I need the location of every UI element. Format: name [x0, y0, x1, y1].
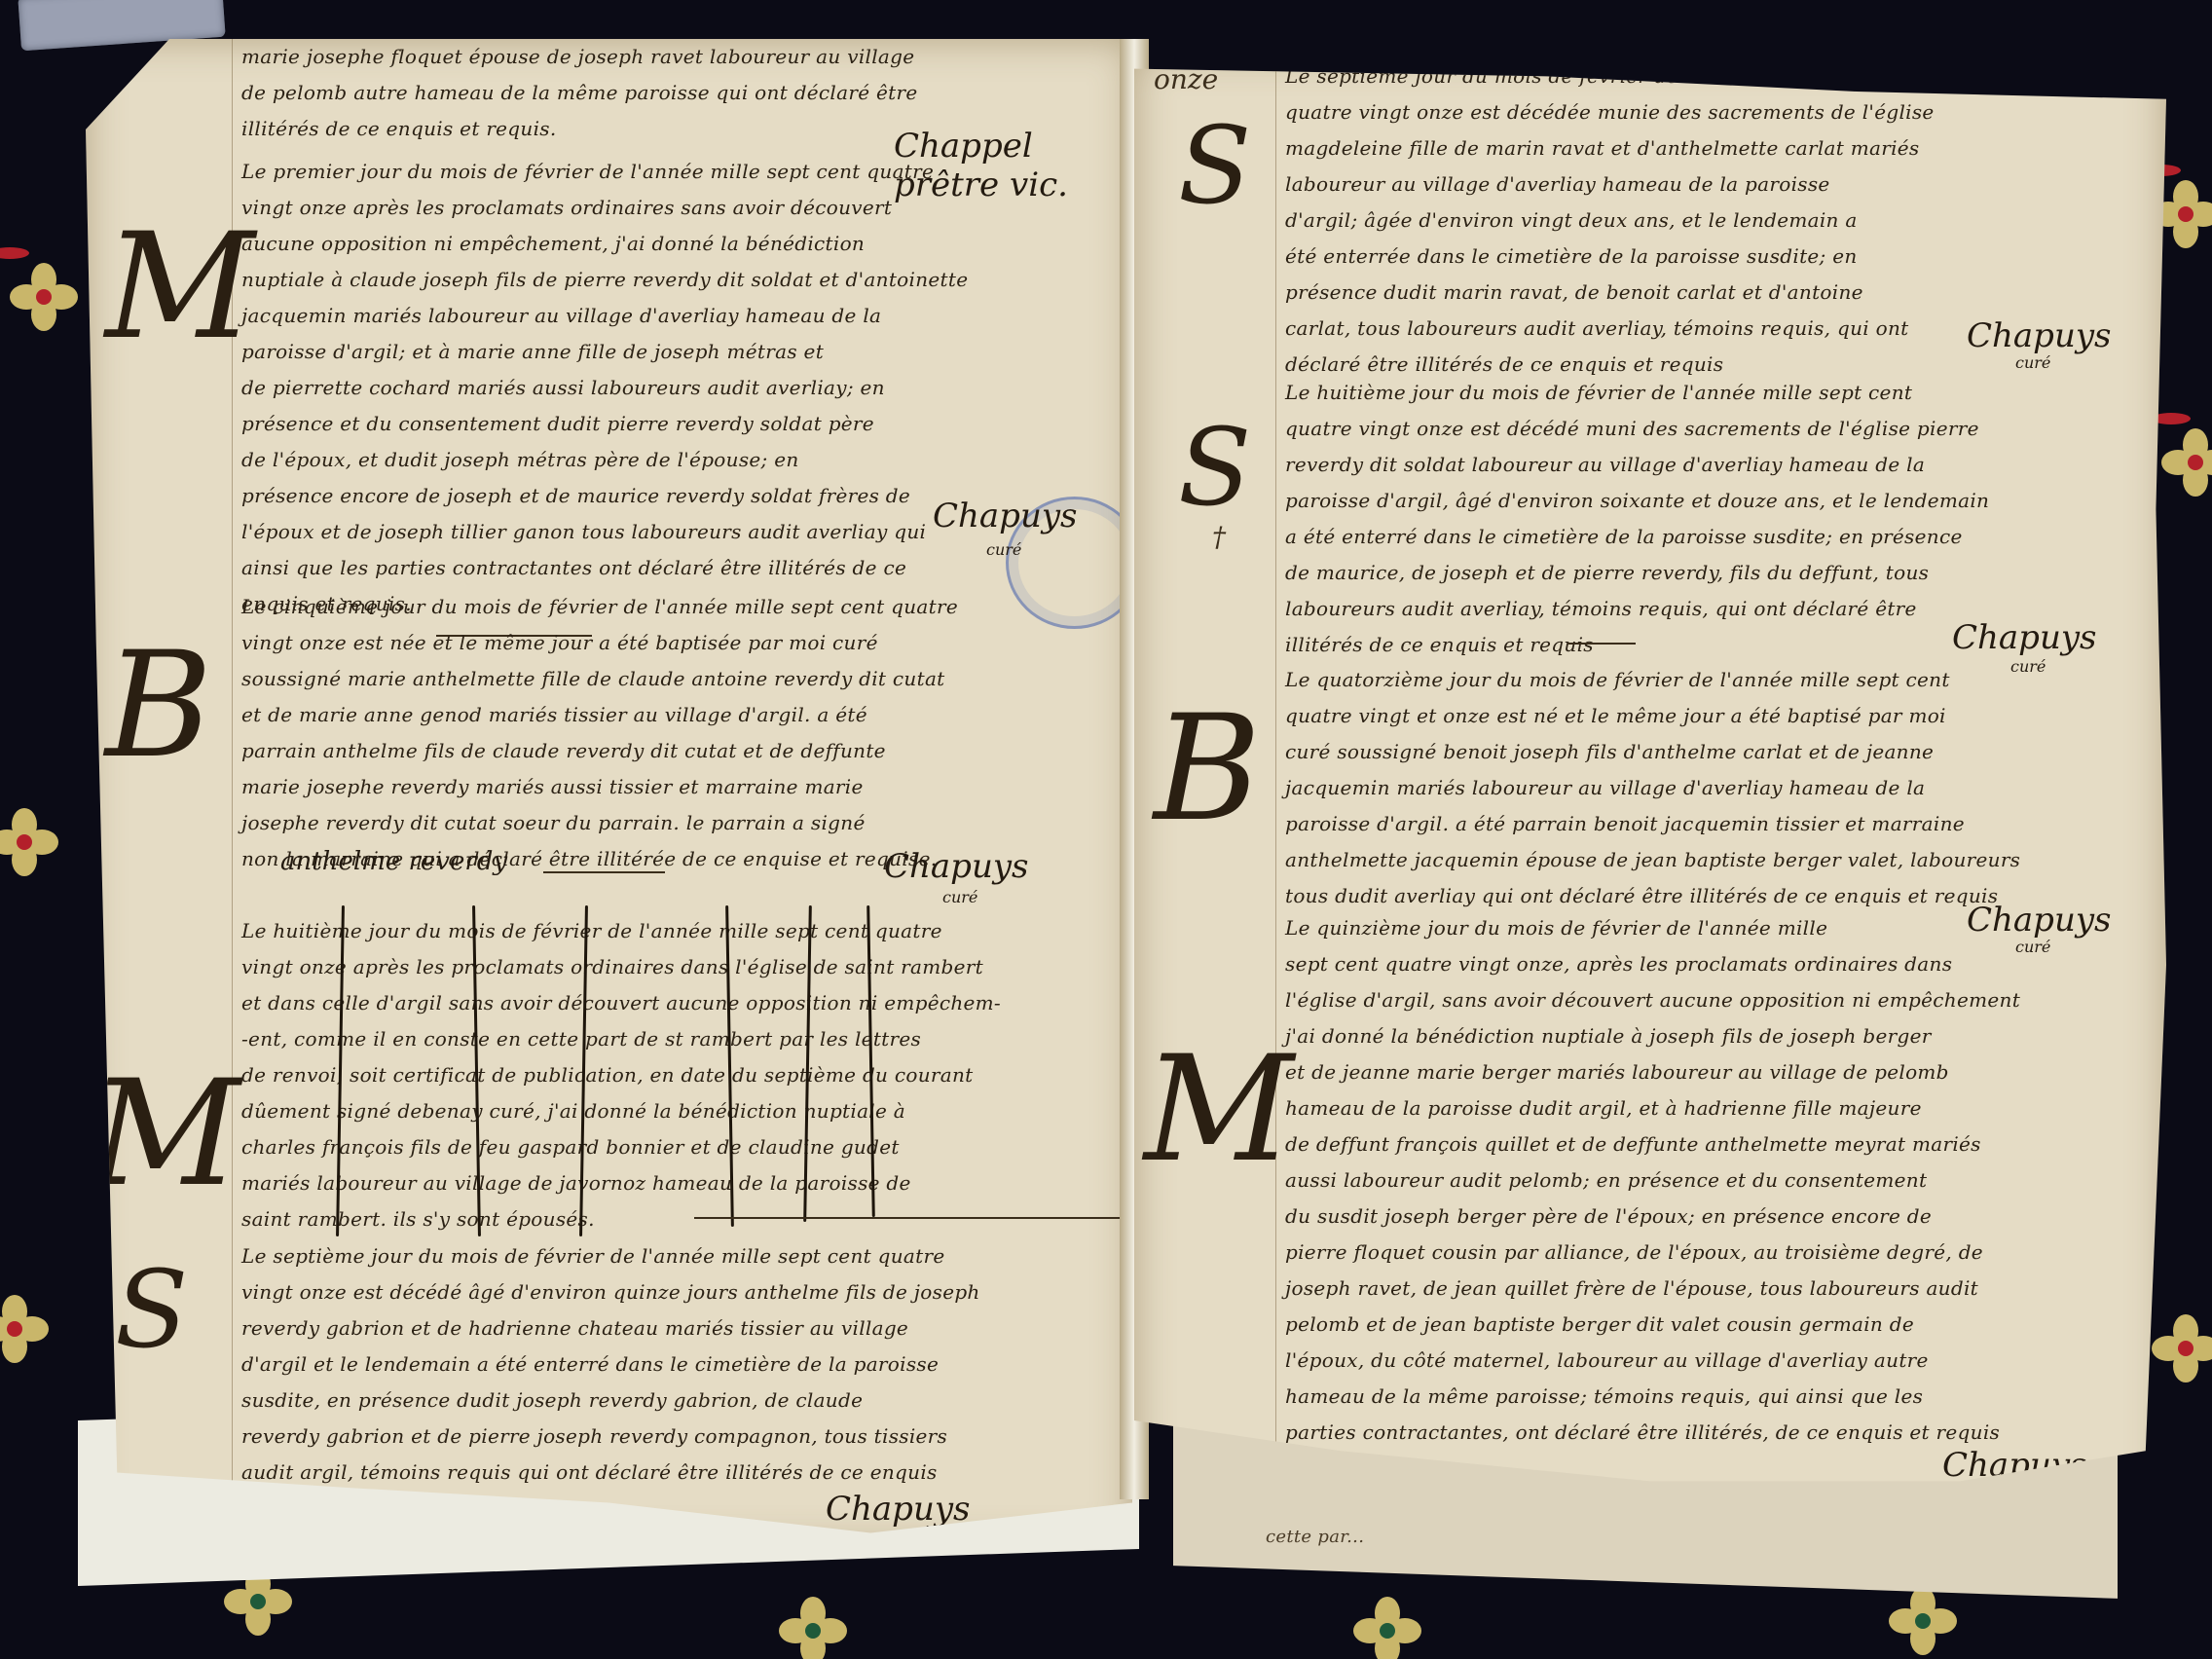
- priest-signature: Chapuys: [1967, 316, 2112, 355]
- strike-through-lines: [86, 905, 1132, 1236]
- cloth-flower-icon: [2152, 1314, 2212, 1382]
- entry-line: parrain anthelme fils de claude reverdy …: [241, 733, 1118, 769]
- entry-line: pierre floquet cousin par alliance, de l…: [1285, 1235, 2142, 1271]
- entry-line: Le cinquième jour du mois de février de …: [241, 589, 1118, 625]
- entry-line: sept cent quatre vingt onze, après les p…: [1285, 946, 2142, 982]
- entry-line: Le quinzième jour du mois de février de …: [1285, 910, 2142, 946]
- entry-line: Le huitième jour du mois de février de l…: [1285, 375, 2142, 411]
- cloth-flower-icon: [2161, 428, 2212, 497]
- register-page-left: marie josephe floquet épouse de joseph r…: [86, 39, 1132, 1548]
- entry-line: josephe reverdy dit cutat soeur du parra…: [241, 805, 1118, 841]
- entry-line: présence et du consentement dudit pierre…: [241, 406, 1118, 442]
- entry-line: soussigné marie anthelmette fille de cla…: [241, 661, 1118, 697]
- margin-letter-burial: S: [1178, 112, 1251, 219]
- entry-line: du susdit joseph berger père de l'époux;…: [1285, 1198, 2142, 1235]
- entry-line: joseph ravet, de jean quillet frère de l…: [1285, 1271, 2142, 1307]
- divider-rule: [543, 871, 665, 873]
- entry-line: nuptiale à claude joseph fils de pierre …: [241, 262, 1118, 298]
- entry-line: magdeleine fille de marin ravat et d'ant…: [1285, 130, 2142, 166]
- cloth-flower-icon: [10, 263, 78, 331]
- entry-line: vingt onze est décédé âgé d'environ quin…: [241, 1274, 1118, 1310]
- entry-line: l'église d'argil, sans avoir découvert a…: [1285, 982, 2142, 1018]
- cross-mark-icon: †: [1212, 521, 1226, 553]
- godparent-signature: anthelme reverdy: [280, 847, 507, 876]
- entry-line: de maurice, de joseph et de pierre rever…: [1285, 555, 2142, 591]
- bottom-fragment-text: cette par...: [1266, 1519, 1558, 1555]
- priest-signature: Chapuys: [1952, 618, 2097, 657]
- entry-line: anthelmette jacquemin épouse de jean bap…: [1285, 842, 2142, 878]
- entry-line: vingt onze après les proclamats ordinair…: [241, 190, 1118, 226]
- register-entry-burial: Le septième jour du mois de février de l…: [241, 1238, 1118, 1527]
- priest-signature: Chapuys: [826, 1490, 971, 1529]
- entry-line: Le septième jour du mois de février de l…: [241, 1238, 1118, 1274]
- margin-letter-baptism: B: [105, 633, 212, 779]
- entry-line: reverdy dit soldat laboureur au village …: [1285, 447, 2142, 483]
- divider-rule: [1567, 643, 1636, 645]
- entry-line: présence dudit marin ravat, de benoit ca…: [1285, 275, 2142, 311]
- entry-line: reverdy gabrion et de hadrienne chateau …: [241, 1310, 1118, 1346]
- entry-line: j'ai donné la bénédiction nuptiale à jos…: [1285, 1018, 2142, 1054]
- cloth-flower-icon: [0, 1295, 49, 1363]
- entry-line: d'argil et le lendemain a été enterré da…: [241, 1346, 1118, 1382]
- margin-letter-burial: S: [1178, 414, 1251, 521]
- priest-title: curé: [942, 888, 977, 906]
- entry-line: paroisse d'argil. a été parrain benoit j…: [1285, 806, 2142, 842]
- entry-line: marie josephe floquet épouse de joseph r…: [241, 39, 1118, 75]
- margin-letter-burial: S: [115, 1256, 188, 1363]
- entry-line: et de marie anne genod mariés tissier au…: [241, 697, 1118, 733]
- entry-line: quatre vingt onze est décédée munie des …: [1285, 94, 2142, 130]
- register-entry-baptism: Le cinquième jour du mois de février de …: [241, 589, 1118, 877]
- priest-title: curé: [2015, 353, 2050, 372]
- entry-line: curé soussigné benoit joseph fils d'anth…: [1285, 734, 2142, 770]
- entry-line: de deffunt françois quillet et de deffun…: [1285, 1126, 2142, 1162]
- entry-line: paroisse d'argil; et à marie anne fille …: [241, 334, 1118, 370]
- cloth-flower-icon: [1889, 1587, 1957, 1655]
- entry-line: de l'époux, et dudit joseph métras père …: [241, 442, 1118, 478]
- margin-rule: [1275, 54, 1276, 1572]
- entry-line: quatre vingt onze est décédé muni des sa…: [1285, 411, 2142, 447]
- entry-line: été enterrée dans le cimetière de la par…: [1285, 239, 2142, 275]
- entry-line: aucune opposition ni empêchement, j'ai d…: [241, 226, 1118, 262]
- entry-line: aussi laboureur audit pelomb; en présenc…: [1285, 1162, 2142, 1198]
- entry-line: marie josephe reverdy mariés aussi tissi…: [241, 769, 1118, 805]
- entry-line: jacquemin mariés laboureur au village d'…: [241, 298, 1118, 334]
- entry-line: quatre vingt et onze est né et le même j…: [1285, 698, 2142, 734]
- entry-line: hameau de la même paroisse; témoins requ…: [1285, 1379, 2142, 1415]
- cloth-flower-icon: [0, 808, 58, 876]
- cloth-flower-icon: [1353, 1597, 1421, 1659]
- margin-letter-baptism: B: [1154, 696, 1261, 842]
- entry-line: reverdy gabrion et de pierre joseph reve…: [241, 1419, 1118, 1455]
- entry-line: susdite, en présence dudit joseph reverd…: [241, 1382, 1118, 1419]
- divider-rule: [694, 1217, 1132, 1219]
- entry-line: Le premier jour du mois de février de l'…: [241, 154, 1118, 190]
- register-entry-baptism: Le quatorzième jour du mois de février d…: [1285, 662, 2142, 914]
- entry-line: paroisse d'argil, âgé d'environ soixante…: [1285, 483, 2142, 519]
- entry-line: hameau de la paroisse dudit argil, et à …: [1285, 1090, 2142, 1126]
- entry-line: et de jeanne marie berger mariés laboure…: [1285, 1054, 2142, 1090]
- entry-line: l'époux, du côté maternel, laboureur au …: [1285, 1343, 2142, 1379]
- entry-line: Le quatorzième jour du mois de février d…: [1285, 662, 2142, 698]
- margin-letter-marriage: M: [105, 214, 255, 360]
- entry-line: a été enterré dans le cimetière de la pa…: [1285, 519, 2142, 555]
- priest-signature: Chapuys: [884, 847, 1029, 886]
- entry-line: de pierrette cochard mariés aussi labour…: [241, 370, 1118, 406]
- register-page-right: onze S Le septième jour du mois de févri…: [1134, 54, 2166, 1572]
- priest-signature: Chapuys: [933, 497, 1078, 535]
- entry-line: Le septième jour du mois de février de l…: [1285, 58, 2142, 94]
- margin-note: onze: [1154, 63, 1218, 95]
- entry-line: de pelomb autre hameau de la même parois…: [241, 75, 1118, 111]
- entry-line: pelomb et de jean baptiste berger dit va…: [1285, 1307, 2142, 1343]
- register-entry-marriage: Le quinzième jour du mois de février de …: [1285, 910, 2142, 1451]
- entry-line: jacquemin mariés laboureur au village d'…: [1285, 770, 2142, 806]
- margin-letter-marriage: M: [1144, 1037, 1294, 1183]
- cloth-flower-icon: [779, 1597, 847, 1659]
- entry-line: d'argil; âgée d'environ vingt deux ans, …: [1285, 203, 2142, 239]
- priest-title: curé: [986, 540, 1021, 559]
- entry-line: vingt onze est née et le même jour a été…: [241, 625, 1118, 661]
- entry-line: laboureur au village d'averliay hameau d…: [1285, 166, 2142, 203]
- entry-line: audit argil, témoins requis qui ont décl…: [241, 1455, 1118, 1491]
